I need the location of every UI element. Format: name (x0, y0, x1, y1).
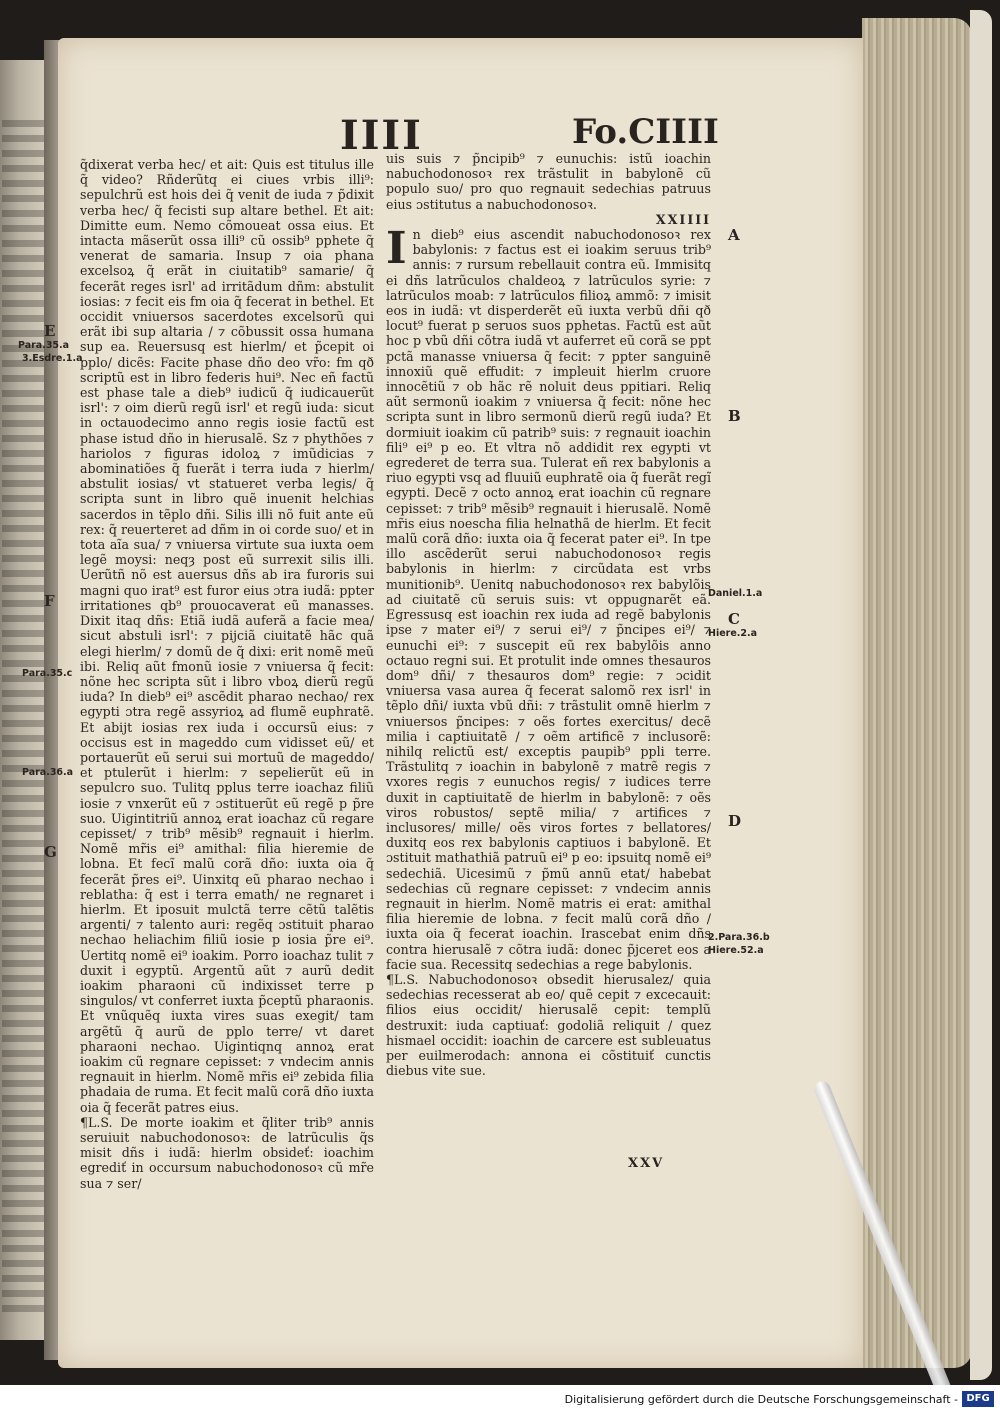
chapter-summary: ¶L.S. De morte ioakim et q̃liter trib⁹ a… (80, 1115, 374, 1191)
folio-number: Fo.CIIII (572, 112, 719, 152)
dfg-logo-icon: DFG (962, 1391, 994, 1407)
chapter-number: XXIIII (386, 212, 711, 227)
left-page-edge (0, 60, 48, 1340)
margin-reference: Daniel.1.a (708, 588, 762, 600)
footer-bar: Digitalisierung gefördert durch die Deut… (0, 1385, 1000, 1414)
margin-reference: Hiere.2.a (708, 628, 757, 640)
body-paragraph: q̃dixerat verba hec/ et ait: Quis est ti… (80, 157, 374, 1115)
margin-section-letter: C (728, 610, 740, 628)
margin-reference: Para.35.a (18, 340, 69, 352)
book-cover-edge (970, 10, 992, 1380)
margin-section-letter: F (44, 592, 55, 610)
decorated-initial: I (386, 229, 407, 269)
chapter-summary: ¶L.S. Nabuchodonosoꝛ obsedit hierusalez/… (386, 972, 711, 1078)
chapter-text: In dieb⁹ eius ascendit nabuchodonosoꝛ re… (386, 227, 711, 972)
margin-section-letter: B (728, 407, 741, 425)
margin-reference: 2.Para.36.b (708, 932, 770, 944)
margin-reference: Para.36.a (22, 767, 73, 779)
book-photograph: IIII Fo.CIIII q̃dixerat verba hec/ et ai… (0, 0, 1000, 1385)
funding-credit: Digitalisierung gefördert durch die Deut… (565, 1393, 958, 1406)
right-text-column: uis suis ⁊ p̃ncipib⁹ ⁊ eunuchis: istũ io… (386, 151, 711, 1078)
margin-reference: Para.35.c (22, 668, 72, 680)
body-paragraph: uis suis ⁊ p̃ncipib⁹ ⁊ eunuchis: istũ io… (386, 151, 711, 212)
margin-section-letter: D (728, 812, 741, 830)
margin-section-letter: A (728, 226, 740, 244)
page-stack-edge (862, 18, 972, 1368)
left-text-column: q̃dixerat verba hec/ et ait: Quis est ti… (80, 157, 374, 1191)
left-page-text-fragment (2, 120, 46, 1320)
chapter-number: XXV (628, 1156, 664, 1171)
margin-reference: 3.Esdre.1.a (22, 353, 83, 365)
margin-section-letter: E (44, 322, 55, 340)
margin-reference: Hiere.52.a (708, 945, 764, 957)
margin-section-letter: G (44, 843, 57, 861)
